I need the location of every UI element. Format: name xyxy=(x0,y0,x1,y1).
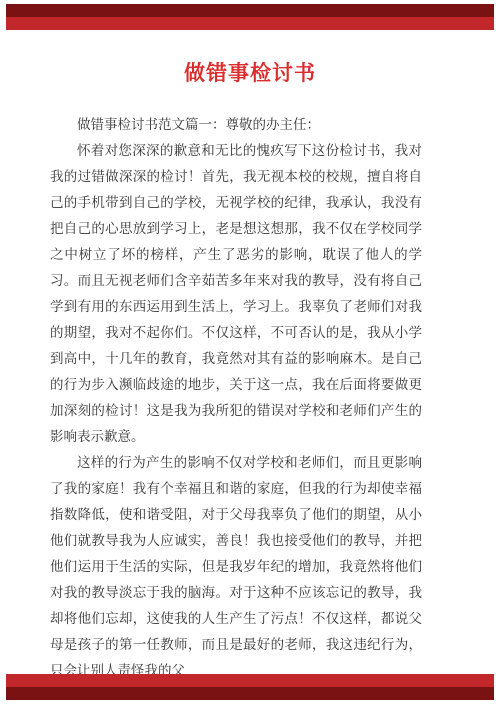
document-body: 做错事检讨书范文篇一：尊敬的办主任： 怀着对您深深的歉意和无比的愧疚写下这份检讨… xyxy=(50,112,422,684)
bottom-border-red-bar xyxy=(6,674,494,687)
paragraph-family-impact: 这样的行为产生的影响不仅对学校和老师们，而且更影响了我的家庭！我有个幸福且和谐的… xyxy=(50,450,422,684)
top-border-dark-bar xyxy=(6,4,494,17)
bottom-border-decoration xyxy=(6,674,494,700)
document-page: 做错事检讨书 做错事检讨书范文篇一：尊敬的办主任： 怀着对您深深的歉意和无比的愧… xyxy=(0,0,500,707)
top-border-red-bar xyxy=(6,17,494,30)
bottom-border-dark-bar xyxy=(6,687,494,700)
paragraph-apology: 怀着对您深深的歉意和无比的愧疚写下这份检讨书，我对我的过错做深深的检讨！首先，我… xyxy=(50,138,422,450)
document-title: 做错事检讨书 xyxy=(0,57,500,87)
top-border-decoration xyxy=(6,4,494,30)
paragraph-salutation: 做错事检讨书范文篇一：尊敬的办主任： xyxy=(50,112,422,138)
